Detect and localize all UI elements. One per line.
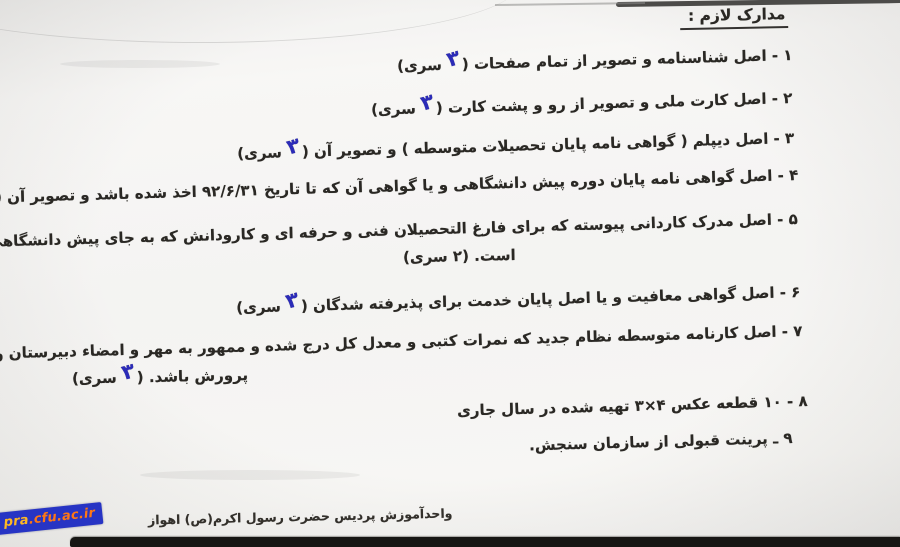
doc-item-7-line2-tail: سری) xyxy=(72,369,122,388)
doc-item-5-line2: است. (۲ سری) xyxy=(403,246,516,266)
handwritten-correction-3: ۳ xyxy=(287,144,299,147)
handwritten-correction-3: ۳ xyxy=(122,370,134,373)
doc-item-6-tail: سری) xyxy=(236,297,286,316)
doc-item-9: ۹ ـ پرینت قبولی از سازمان سنجش. xyxy=(528,429,792,454)
scan-curve-artifact xyxy=(0,0,520,43)
handwritten-correction-3: ۳ xyxy=(447,57,459,60)
doc-item-1-text: ۱ - اصل شناسنامه و تصویر از تمام صفحات ( xyxy=(461,46,792,73)
handwritten-correction-3: ۳ xyxy=(286,299,298,302)
scan-bottom-edge xyxy=(70,537,900,547)
watermark-badge: pra.cfu.ac.ir xyxy=(0,502,103,535)
doc-item-1: ۱ - اصل شناسنامه و تصویر از تمام صفحات (… xyxy=(396,46,792,75)
doc-item-4: ۴ - اصل گواهی نامه پایان دوره پیش دانشگا… xyxy=(0,166,798,208)
doc-item-6-text: ۶ - اصل گواهی معافیت و یا اصل پایان خدمت… xyxy=(300,283,800,315)
watermark-prefix: pra xyxy=(3,513,30,531)
watermark-suffix: .cfu.ac.ir xyxy=(28,506,96,528)
doc-item-1-tail: سری) xyxy=(396,56,446,75)
handwritten-correction-3: ۳ xyxy=(421,101,433,104)
doc-item-7-line1: ۷ - اصل کارنامه متوسطه نظام جدید که نمرا… xyxy=(0,322,802,365)
doc-item-5-line1: ۵ - اصل مدرک کاردانی پیوسته که برای فارغ… xyxy=(0,210,798,253)
doc-item-3-tail: سری) xyxy=(237,143,287,162)
scanned-document-page: مدارک لازم : ۱ - اصل شناسنامه و تصویر از… xyxy=(0,0,900,547)
doc-item-7-line2-text: پرورش باشد. ( xyxy=(137,366,249,386)
doc-item-7-line2: پرورش باشد. (۳ سری) xyxy=(72,366,248,388)
doc-item-2-tail: سری) xyxy=(371,99,421,118)
footer-unit-name: واحدآموزش پردیس حضرت رسول اکرم(ص) اهواز xyxy=(148,506,453,528)
scan-vignette xyxy=(0,0,900,547)
doc-item-8: ۸ - ۱۰ قطعه عکس ۴×۳ تهیه شده در سال جاری xyxy=(457,392,808,420)
scan-smudge xyxy=(60,60,220,68)
doc-item-2-text: ۲ - اصل کارت ملی و تصویر از رو و پشت کار… xyxy=(435,89,792,117)
page-title: مدارک لازم : xyxy=(679,5,788,30)
doc-item-2: ۲ - اصل کارت ملی و تصویر از رو و پشت کار… xyxy=(371,89,793,119)
doc-item-6: ۶ - اصل گواهی معافیت و یا اصل پایان خدمت… xyxy=(236,283,801,317)
doc-item-3-text: ۳ - اصل دیپلم ( گواهی نامه پایان تحصیلات… xyxy=(302,129,795,161)
doc-item-4-text: ۴ - اصل گواهی نامه پایان دوره پیش دانشگا… xyxy=(0,166,798,206)
doc-item-3: ۳ - اصل دیپلم ( گواهی نامه پایان تحصیلات… xyxy=(237,129,794,163)
scan-smudge xyxy=(140,470,360,480)
